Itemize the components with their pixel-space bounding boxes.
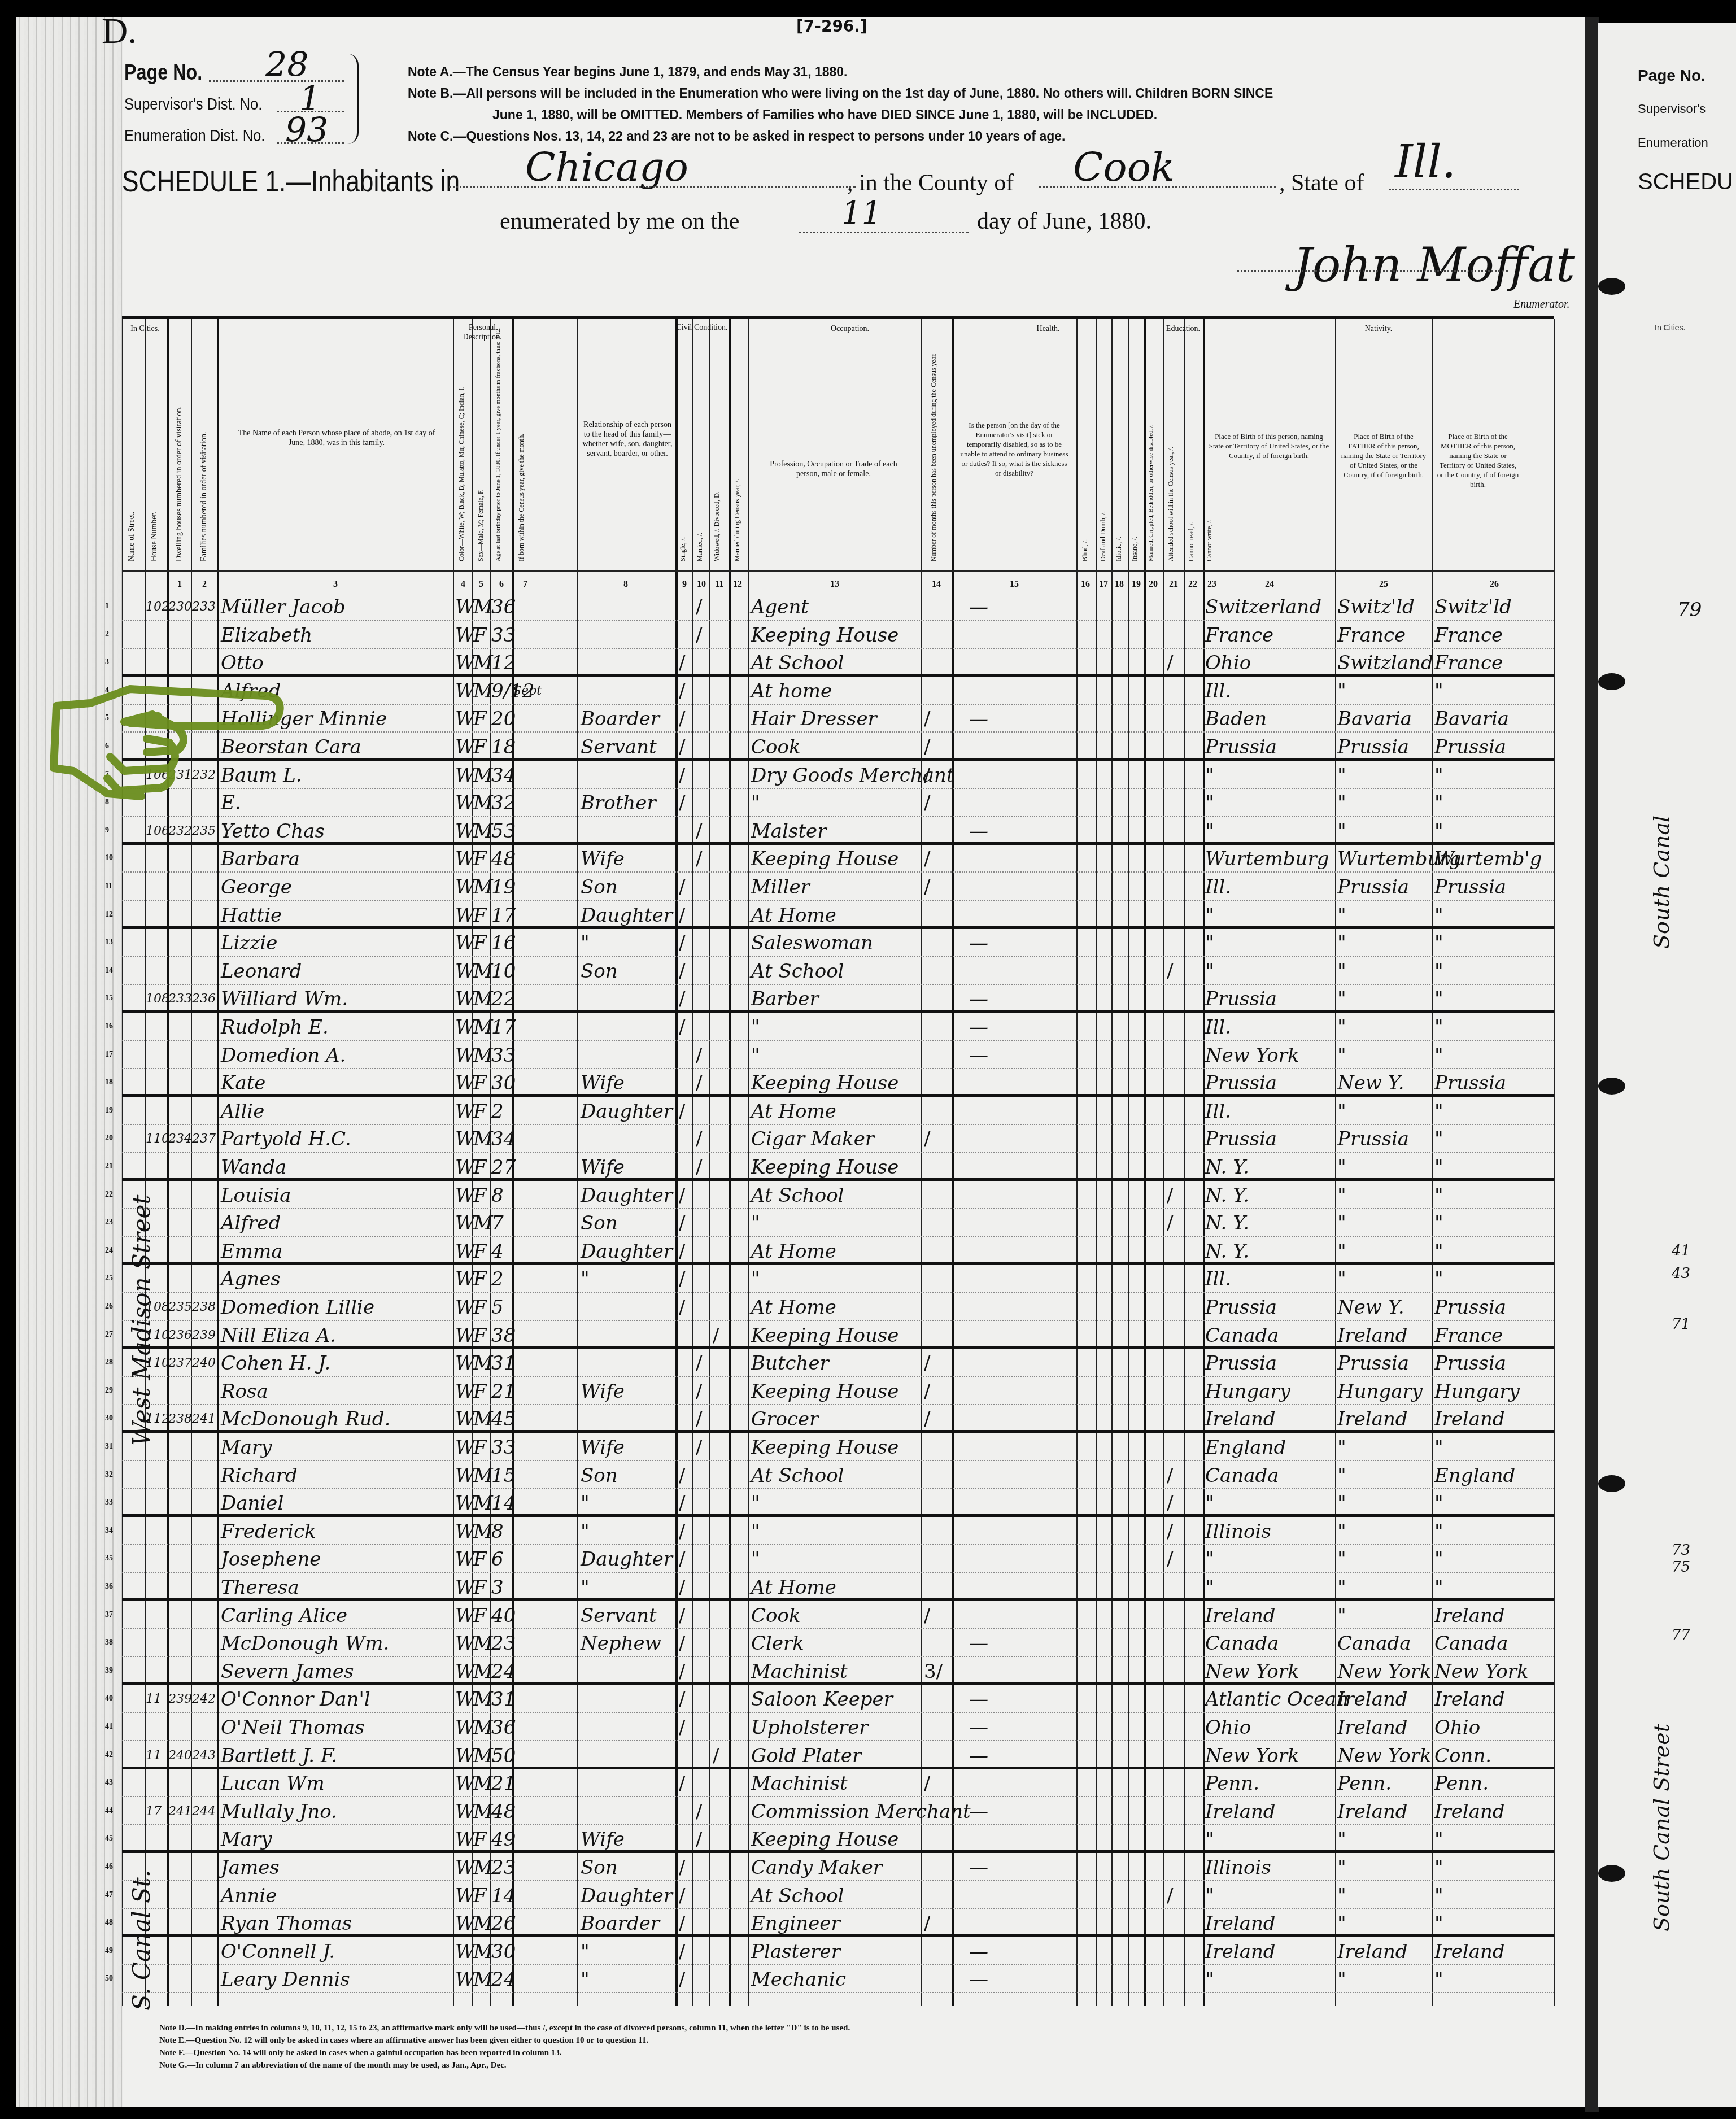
cell-mother: " <box>1434 960 1443 983</box>
cell-mother: " <box>1434 1184 1443 1207</box>
cell-sex: F <box>473 1324 487 1347</box>
cell-father: Ireland <box>1337 1408 1408 1431</box>
cell-sex: F <box>473 1380 487 1403</box>
cell-occ: Keeping House <box>751 1436 898 1459</box>
enumeration-label: Enumeration Dist. No. <box>124 127 265 146</box>
cell-fam: 237 <box>192 1128 216 1150</box>
note-b-cont: June 1, 1880, will be OMITTED. Members o… <box>408 104 1273 125</box>
cell-sex: M <box>473 792 490 814</box>
row-number: 17 <box>105 1050 113 1059</box>
cell-mother: Ohio <box>1434 1716 1480 1739</box>
cell-occ: Cook <box>751 1604 801 1627</box>
table-row: 23AlfredWM7Son/"/N. Y."" <box>122 1209 1554 1237</box>
cell-father: Canada <box>1337 1632 1411 1655</box>
cell-s: / <box>679 680 685 703</box>
cell-s: / <box>679 1212 685 1235</box>
cell-sex: M <box>473 1632 490 1655</box>
header-attended-school: Attended school within the Census year, … <box>1167 375 1175 561</box>
cell-name: Williard Wm. <box>221 988 348 1010</box>
cell-occ: Keeping House <box>751 1324 898 1347</box>
row-number: 38 <box>105 1638 113 1647</box>
enumerator-label: Enumerator. <box>1513 298 1569 311</box>
cell-unemp: / <box>924 848 930 870</box>
cell-sick: — <box>969 1968 988 1991</box>
header-nativity: Nativity. <box>1203 324 1554 334</box>
cell-house: 108 <box>146 988 167 1010</box>
cell-rel: Wife <box>581 1156 625 1179</box>
cell-birth: " <box>1205 1968 1214 1991</box>
cell-name: Barbara <box>221 848 300 870</box>
table-row: 24EmmaWF4Daughter/At HomeN. Y."" <box>122 1237 1554 1265</box>
cell-s: / <box>679 876 685 899</box>
cell-s: / <box>679 1885 685 1907</box>
cell-birth: " <box>1205 960 1214 983</box>
cell-rel: Servant <box>581 1604 657 1627</box>
cell-birth: " <box>1205 932 1214 954</box>
cell-color: W <box>455 1968 472 1991</box>
cell-color: W <box>455 1156 472 1179</box>
cell-birth: Illinois <box>1205 1520 1271 1543</box>
cell-birth: Ireland <box>1205 1408 1276 1431</box>
row-number: 14 <box>105 966 113 975</box>
row-number: 50 <box>105 1974 113 1983</box>
cell-father: " <box>1337 680 1346 703</box>
cell-sick: — <box>969 708 988 730</box>
cell-birth: Ill. <box>1205 1268 1231 1290</box>
row-number: 32 <box>105 1471 113 1480</box>
cell-dw: 241 <box>168 1800 191 1823</box>
table-row: 6Beorstan CaraWF18Servant/Cook/PrussiaPr… <box>122 733 1554 761</box>
supervisor-label: Supervisor's Dist. No. <box>124 95 262 114</box>
cell-birth: N. Y. <box>1205 1212 1249 1235</box>
cell-mother: " <box>1434 1520 1443 1543</box>
divider <box>277 142 344 144</box>
cell-age: 20 <box>491 708 512 730</box>
column-number: 5 <box>470 579 492 590</box>
cell-occ: Miller <box>751 876 810 899</box>
column-number: 12 <box>726 579 749 590</box>
cell-m: / <box>696 1044 702 1067</box>
cell-age: 14 <box>491 1492 512 1515</box>
cell-age: 12 <box>491 652 512 674</box>
cell-mother: " <box>1434 1492 1443 1515</box>
cell-sex: M <box>473 1212 490 1235</box>
binder-ring-icon <box>1598 278 1625 295</box>
schedule-title: SCHEDULE 1.—Inhabitants in <box>122 164 460 199</box>
cell-occ: Cook <box>751 736 801 758</box>
table-row: 35JosepheneWF6Daughter/"/""" <box>122 1545 1554 1573</box>
row-number: 25 <box>105 1274 113 1283</box>
cell-age: 3 <box>491 1576 504 1599</box>
cell-dw: 232 <box>168 820 191 843</box>
table-row: 10BarbaraWF48Wife/Keeping House/Wurtembu… <box>122 845 1554 873</box>
cell-birth: Prussia <box>1205 736 1277 758</box>
cell-father: " <box>1337 1044 1346 1067</box>
cell-rel: " <box>581 1941 590 1963</box>
cell-s: / <box>679 652 685 674</box>
table-row: 4417241244Mullaly Jno.WM48/Commission Me… <box>122 1798 1554 1825</box>
state-value: Ill. <box>1395 136 1456 188</box>
cell-father: " <box>1337 932 1346 954</box>
cell-birth: Penn. <box>1205 1772 1259 1795</box>
cell-unemp: / <box>924 736 930 758</box>
cell-m: / <box>696 1828 702 1851</box>
cell-name: Carling Alice <box>221 1604 347 1627</box>
cell-rel: Daughter <box>581 1548 673 1571</box>
cell-occ: Saleswoman <box>751 932 873 954</box>
header-married: Married, /. <box>696 398 704 561</box>
cell-color: W <box>455 680 472 703</box>
table-row: 43Lucan WmWM21/Machinist/Penn.Penn.Penn. <box>122 1769 1554 1797</box>
table-row: 14LeonardWM10Son/At School/""" <box>122 957 1554 985</box>
cell-occ: Mechanic <box>751 1968 846 1991</box>
cell-unemp: / <box>924 1604 930 1627</box>
cell-father: Prussia <box>1337 736 1409 758</box>
cell-name: Theresa <box>221 1576 299 1599</box>
header-birth-mother: Place of Birth of the MOTHER of this per… <box>1436 431 1520 489</box>
cell-father: " <box>1337 904 1346 927</box>
cell-age: 49 <box>491 1828 512 1851</box>
cell-occ: Engineer <box>751 1912 840 1935</box>
cell-color: W <box>455 1408 472 1431</box>
cell-age: 23 <box>491 1856 512 1879</box>
cell-rel: Wife <box>581 1828 625 1851</box>
cell-birth: Wurtemburg <box>1205 848 1329 870</box>
cell-father: " <box>1337 1548 1346 1571</box>
row-number: 48 <box>105 1919 113 1928</box>
binder-ring-icon <box>1598 1078 1625 1095</box>
cell-father: " <box>1337 1212 1346 1235</box>
cell-mother: " <box>1434 1212 1443 1235</box>
cell-age: 14 <box>491 1885 512 1907</box>
cell-birth: " <box>1205 1885 1214 1907</box>
cell-mother: " <box>1434 1156 1443 1179</box>
page-edge-stack <box>16 17 123 2107</box>
cell-color: W <box>455 932 472 954</box>
cell-mother: Hungary <box>1434 1380 1520 1403</box>
row-number: 46 <box>105 1863 113 1872</box>
row-number: 35 <box>105 1554 113 1563</box>
cell-mother: " <box>1434 1128 1443 1150</box>
cell-name: Josephene <box>221 1548 321 1571</box>
cell-father: " <box>1337 1492 1346 1515</box>
header-sick: Is the person [on the day of the Enumera… <box>958 420 1071 478</box>
cell-age: 7 <box>491 1212 504 1235</box>
cell-mother: " <box>1434 1436 1443 1459</box>
cell-birth: " <box>1205 792 1214 814</box>
enumerated-label: enumerated by me on the <box>500 208 740 235</box>
cell-occ: Gold Plater <box>751 1745 861 1767</box>
cell-age: 48 <box>491 1800 512 1823</box>
cell-birth: Canada <box>1205 1324 1279 1347</box>
cell-rel: Son <box>581 1464 618 1487</box>
cell-s: / <box>679 1464 685 1487</box>
cell-color: W <box>455 1632 472 1655</box>
cell-unemp: / <box>924 1380 930 1403</box>
cell-name: Emma <box>221 1240 283 1263</box>
cell-age: 5 <box>491 1296 504 1319</box>
note-g: Note G.—In column 7 an abbreviation of t… <box>159 2059 850 2072</box>
cell-mother: France <box>1434 1324 1503 1347</box>
column-number: 15 <box>1003 579 1026 590</box>
row-number: 24 <box>105 1246 113 1255</box>
cell-color: W <box>455 1212 472 1235</box>
cell-mother: Bavaria <box>1434 708 1509 730</box>
cell-s: / <box>679 1856 685 1879</box>
cell-father: " <box>1337 792 1346 814</box>
cell-color: W <box>455 988 472 1010</box>
cell-unemp: / <box>924 1912 930 1935</box>
cell-name: Bartlett J. F. <box>221 1745 337 1767</box>
binder-spine <box>1585 17 1599 2112</box>
cell-mother: Prussia <box>1434 736 1506 758</box>
cell-father: Switzland <box>1337 652 1431 674</box>
cell-color: W <box>455 652 472 674</box>
cell-age: 24 <box>491 1660 512 1683</box>
cell-birth: New York <box>1205 1745 1299 1767</box>
cell-unemp: / <box>924 764 930 787</box>
cell-color: W <box>455 764 472 787</box>
column-number: 25 <box>1372 579 1395 590</box>
cell-mother: Ireland <box>1434 1800 1505 1823</box>
cell-father: " <box>1337 1464 1346 1487</box>
cell-birth: England <box>1205 1436 1286 1459</box>
cell-mother: " <box>1434 1100 1443 1123</box>
cell-name: McDonough Wm. <box>221 1632 389 1655</box>
cell-dw: 233 <box>168 988 191 1010</box>
cell-occ: Agent <box>751 596 809 618</box>
header-dwelling: Dwelling houses numbered in order of vis… <box>175 341 184 561</box>
cell-mother: " <box>1434 680 1443 703</box>
cell-father: " <box>1337 1156 1346 1179</box>
table-row: 41O'Neil ThomasWM36/Upholsterer—OhioIrel… <box>122 1713 1554 1741</box>
enumeration-value: 93 <box>285 111 328 150</box>
cell-father: " <box>1337 1100 1346 1123</box>
cell-father: Switz'ld <box>1337 596 1415 618</box>
table-row: 31MaryWF33Wife/Keeping HouseEngland"" <box>122 1433 1554 1461</box>
cell-s: / <box>679 1520 685 1543</box>
cell-name: Elizabeth <box>221 624 312 647</box>
table-row: 4211240243Bartlett J. F.WM50/Gold Plater… <box>122 1742 1554 1769</box>
column-number: 8 <box>614 579 637 590</box>
cell-s: / <box>679 708 685 730</box>
column-number: 20 <box>1142 579 1164 590</box>
cell-sex: F <box>473 708 487 730</box>
cell-sex: F <box>473 624 487 647</box>
row-number: 9 <box>105 826 109 835</box>
cell-name: Lucan Wm <box>221 1772 325 1795</box>
cell-occ: At Home <box>751 1100 836 1123</box>
cell-sex: M <box>473 1772 490 1795</box>
cell-school: / <box>1167 1212 1173 1235</box>
cell-age: 40 <box>491 1604 512 1627</box>
cell-color: W <box>455 1828 472 1851</box>
cell-father: Ireland <box>1337 1324 1408 1347</box>
cell-color: W <box>455 1912 472 1935</box>
cell-name: Mary <box>221 1828 272 1851</box>
day-value: 11 <box>841 195 882 232</box>
cell-sex: M <box>473 1464 490 1487</box>
cell-sick: — <box>969 1941 988 1963</box>
cell-father: " <box>1337 1184 1346 1207</box>
cell-name: Louisia <box>221 1184 291 1207</box>
cell-color: W <box>455 1688 472 1711</box>
cell-school: / <box>1167 1464 1173 1487</box>
page2-house-number: 43 <box>1672 1265 1690 1282</box>
cell-sick: — <box>969 932 988 954</box>
header-sex: Sex—Male, M; Female, F. <box>477 352 485 561</box>
cell-school: / <box>1167 1184 1173 1207</box>
cell-father: Ireland <box>1337 1688 1408 1711</box>
cell-birth: Hungary <box>1205 1380 1290 1403</box>
page2-house-number: 79 <box>1677 599 1702 621</box>
cell-sex: M <box>473 1044 490 1067</box>
header-health: Health. <box>952 324 1144 334</box>
cell-age: 27 <box>491 1156 512 1179</box>
cell-father: Prussia <box>1337 876 1409 899</box>
cell-father: " <box>1337 1856 1346 1879</box>
table-row: 33DanielWM14"/"/""" <box>122 1489 1554 1517</box>
cell-occ: " <box>751 1548 760 1571</box>
divider <box>1039 186 1276 188</box>
cell-color: W <box>455 1184 472 1207</box>
cell-sex: M <box>473 596 490 618</box>
cell-mother: " <box>1434 1240 1443 1263</box>
cell-sick: — <box>969 1800 988 1823</box>
cell-birth: New York <box>1205 1660 1299 1683</box>
cell-name: Müller Jacob <box>221 596 346 618</box>
cell-sex: F <box>473 1156 487 1179</box>
table-row: 36TheresaWF3"/At Home""" <box>122 1573 1554 1601</box>
cell-sex: M <box>473 1968 490 1991</box>
row-number: 18 <box>105 1078 113 1087</box>
cell-s: / <box>679 1184 685 1207</box>
cell-dw: 238 <box>168 1408 191 1431</box>
cell-m: / <box>696 1436 702 1459</box>
cell-s: / <box>679 1548 685 1571</box>
cell-birth: France <box>1205 624 1273 647</box>
cell-mother: France <box>1434 624 1503 647</box>
cell-occ: Barber <box>751 988 819 1010</box>
cell-s: / <box>679 1941 685 1963</box>
cell-unemp: / <box>924 1352 930 1375</box>
cell-school: / <box>1167 1885 1173 1907</box>
cell-mother: " <box>1434 1968 1443 1991</box>
cell-birth: Illinois <box>1205 1856 1271 1879</box>
table-row: 17Domedion A.WM33/"—New York"" <box>122 1041 1554 1069</box>
row-number: 2 <box>105 630 109 639</box>
cell-mother: Ireland <box>1434 1941 1505 1963</box>
cell-name: Otto <box>221 652 264 674</box>
row-number: 16 <box>105 1022 113 1031</box>
cell-father: Prussia <box>1337 1352 1409 1375</box>
cell-age: 10 <box>491 960 512 983</box>
cell-age: 45 <box>491 1408 512 1431</box>
cell-occ: " <box>751 792 760 814</box>
cell-age: 31 <box>491 1688 512 1711</box>
cell-rel: " <box>581 932 590 954</box>
cell-sex: F <box>473 1828 487 1851</box>
header-personal-description: Personal Description. <box>453 323 512 342</box>
cell-s: / <box>679 1268 685 1290</box>
cell-occ: " <box>751 1520 760 1543</box>
cell-rel: Son <box>581 1212 618 1235</box>
cell-color: W <box>455 1716 472 1739</box>
header-single: Single, /. <box>679 398 687 561</box>
cell-unemp: / <box>924 1128 930 1150</box>
cell-fam: 242 <box>192 1688 216 1711</box>
cell-birth: Ohio <box>1205 652 1251 674</box>
cell-mother: " <box>1434 1268 1443 1290</box>
cell-sick: — <box>969 1044 988 1067</box>
cell-color: W <box>455 1856 472 1879</box>
form-letter: D. <box>102 10 137 52</box>
row-number: 41 <box>105 1723 113 1732</box>
row-number: 26 <box>105 1302 113 1311</box>
cell-s: / <box>679 932 685 954</box>
cell-birth: " <box>1205 764 1214 787</box>
header-profession: Profession, Occupation or Trade of each … <box>760 460 907 479</box>
cell-s: / <box>679 1968 685 1991</box>
column-number: 26 <box>1483 579 1506 590</box>
census-table: In Cities. Name of Street. House Number.… <box>122 316 1554 2013</box>
row-number: 36 <box>105 1582 113 1592</box>
cell-m: / <box>696 1408 702 1431</box>
row-number: 3 <box>105 658 109 667</box>
cell-dw: 235 <box>168 1296 191 1319</box>
row-divider <box>122 1992 1554 1993</box>
cell-occ: Butcher <box>751 1352 829 1375</box>
header-divider <box>122 570 1554 572</box>
table-row: 26108235238Domedion LillieWF5/At HomePru… <box>122 1293 1554 1321</box>
row-number: 39 <box>105 1667 113 1676</box>
cell-mother: " <box>1434 904 1443 927</box>
table-row: 27110236239Nill Eliza A.WF38/Keeping Hou… <box>122 1322 1554 1349</box>
header-name: The Name of each Person whose place of a… <box>229 429 444 448</box>
enumerator-signature: John Moffat <box>1293 237 1575 293</box>
cell-birth: " <box>1205 1828 1214 1851</box>
header-civil-condition: Civil Condition. <box>675 323 729 333</box>
cell-color: W <box>455 736 472 758</box>
cell-name: Mullaly Jno. <box>221 1800 337 1823</box>
cell-age: 17 <box>491 1016 512 1039</box>
cell-sex: F <box>473 904 487 927</box>
page2-page-no-label: Page No. <box>1638 67 1706 85</box>
table-row: 4AlfredWM9/12Sept/At homeIll."" <box>122 677 1554 705</box>
cell-unemp: / <box>924 876 930 899</box>
table-row: 39Severn JamesWM24/Machinist3/New YorkNe… <box>122 1658 1554 1685</box>
cell-mother: " <box>1434 1016 1443 1039</box>
cell-sex: M <box>473 1800 490 1823</box>
cell-rel: " <box>581 1576 590 1599</box>
note-a: Note A.—The Census Year begins June 1, 1… <box>408 61 1273 82</box>
divider <box>449 186 856 188</box>
table-row: 28110237240Cohen H. J.WM31/Butcher/Pruss… <box>122 1349 1554 1377</box>
cell-m: / <box>696 1800 702 1823</box>
cell-name: Partyold H.C. <box>221 1128 351 1150</box>
cell-fam: 244 <box>192 1800 216 1823</box>
table-row: 20110234237Partyold H.C.WM34/Cigar Maker… <box>122 1125 1554 1153</box>
cell-father: " <box>1337 960 1346 983</box>
cell-s: / <box>679 1016 685 1039</box>
cell-age: 50 <box>491 1745 512 1767</box>
state-label: , State of <box>1279 169 1364 197</box>
table-row: 5Hollinger MinnieWF20Boarder/Hair Dresse… <box>122 705 1554 733</box>
cell-name: Leonard <box>221 960 302 983</box>
header-birth-person: Place of Birth of this person, naming St… <box>1209 431 1329 460</box>
cell-m: / <box>696 1380 702 1403</box>
cell-birth: Prussia <box>1205 988 1277 1010</box>
